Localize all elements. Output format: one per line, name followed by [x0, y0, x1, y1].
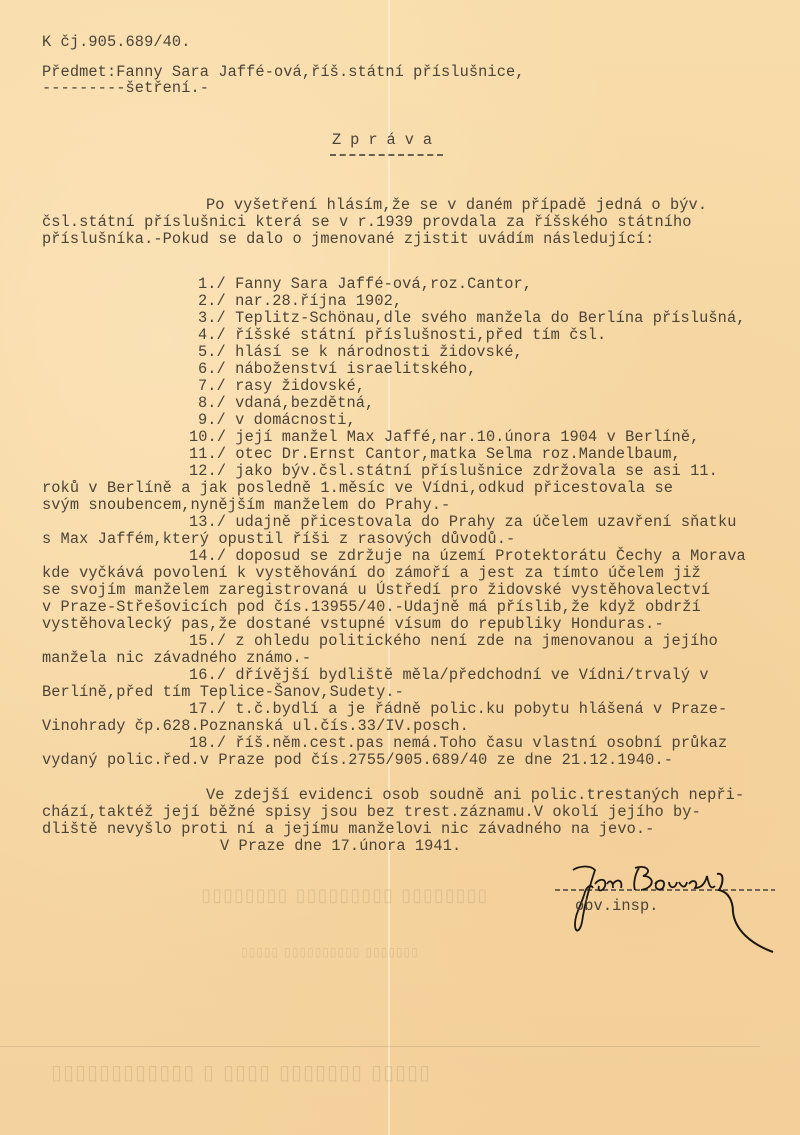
list-item: 10./ její manžel Max Jaffé,nar.10.února … [189, 429, 699, 446]
subject-line-2: ---------šetření.- [42, 80, 209, 97]
item-number: 6./ [198, 360, 226, 378]
item-number: 2./ [198, 292, 226, 310]
list-item: 17./ t.č.bydlí a je řádně polic.ku pobyt… [189, 701, 727, 718]
item-continuation: vydaný polic.řed.v Praze pod čís.2755/90… [42, 752, 673, 769]
list-item: 1./ Fanny Sara Jaffé-ová,roz.Cantor, [198, 276, 532, 293]
item-number: 3./ [198, 309, 226, 327]
item-text: říš.něm.cest.pas nemá.Toho času vlastní … [235, 734, 727, 752]
item-text: říšské státní příslušnosti,před tím čsl. [235, 326, 606, 344]
report-title: Zpráva [332, 132, 441, 149]
item-text: rasy židovské, [235, 377, 365, 395]
item-continuation: svým snoubencem,nynějším manželem do Pra… [42, 497, 450, 514]
item-number: 9./ [198, 411, 226, 429]
list-item: 12./ jako býv.čsl.státní příslušnice zdr… [189, 463, 718, 480]
list-item: 8./ vdaná,bezdětná, [198, 395, 374, 412]
item-continuation: s Max Jaffém,který opustil říši z rasový… [42, 531, 515, 548]
item-number: 18./ [189, 734, 226, 752]
list-item: 18./ říš.něm.cest.pas nemá.Toho času vla… [189, 735, 727, 752]
item-continuation: v Praze-Střešovicích pod čís.13955/40.-U… [42, 599, 701, 616]
list-item: 5./ hlásí se k národnosti židovské, [198, 344, 523, 361]
list-item: 2./ nar.28.října 1902, [198, 293, 402, 310]
item-number: 11./ [189, 445, 226, 463]
item-text: Teplitz-Schönau,dle svého manžela do Ber… [235, 309, 745, 327]
item-number: 14./ [189, 547, 226, 565]
list-item: 7./ rasy židovské, [198, 378, 365, 395]
item-continuation: Berlíně,před tím Teplice-Šanov,Sudety.- [42, 684, 404, 701]
item-continuation: Vinohrady čp.628.Poznanská ul.čís.33/IV.… [42, 718, 469, 735]
item-number: 5./ [198, 343, 226, 361]
item-number: 1./ [198, 275, 226, 293]
item-number: 8./ [198, 394, 226, 412]
item-continuation: manžela nic závadného známo.- [42, 650, 311, 667]
list-item: 4./ říšské státní příslušnosti,před tím … [198, 327, 606, 344]
bleed-through-text: ▯▯▯▯▯ ▯▯▯▯▯▯▯ ▯▯▯▯ ▯ ▯▯▯▯▯▯▯▯▯▯▯▯ [50, 1060, 430, 1084]
item-text: otec Dr.Ernst Cantor,matka Selma roz.Man… [235, 445, 680, 463]
list-item: 14./ doposud se zdržuje na území Protekt… [189, 548, 746, 565]
list-item: 6./ náboženství israelitského, [198, 361, 476, 378]
item-continuation: vystěhovalecký pas,že dostané vstupné ví… [42, 616, 664, 633]
signatory-title: obv.insp. [575, 898, 659, 915]
item-text: Fanny Sara Jaffé-ová,roz.Cantor, [235, 275, 532, 293]
intro-line: příslušníka.-Pokud se dalo o jmenované z… [42, 231, 654, 248]
item-text: nar.28.října 1902, [235, 292, 402, 310]
list-item: 13./ udajně přicestovala do Prahy za úče… [189, 514, 737, 531]
list-item: 16./ dřívější bydliště měla/předchodní v… [189, 667, 709, 684]
item-text: dřívější bydliště měla/předchodní ve Víd… [235, 666, 708, 684]
bleed-through-text: ▯▯▯▯▯▯▯▯ ▯▯▯▯▯▯▯▯▯ ▯▯▯▯▯▯▯▯ [200, 885, 487, 906]
item-number: 4./ [198, 326, 226, 344]
item-text: udajně přicestovala do Prahy za účelem u… [235, 513, 736, 531]
item-text: vdaná,bezdětná, [235, 394, 374, 412]
paper-fold-horizontal [0, 1046, 760, 1047]
item-number: 7./ [198, 377, 226, 395]
list-item: 3./ Teplitz-Schönau,dle svého manžela do… [198, 310, 746, 327]
reference-number: K čj.905.689/40. [42, 34, 190, 51]
item-continuation: se svojím manželem zaregistrovaná u Ústř… [42, 582, 710, 599]
intro-line: čsl.státní příslušnici která se v r.1939… [42, 214, 692, 231]
item-number: 13./ [189, 513, 226, 531]
list-item: 11./ otec Dr.Ernst Cantor,matka Selma ro… [189, 446, 681, 463]
item-text: v domácnosti, [235, 411, 356, 429]
bleed-through-text: ▯▯▯▯▯▯▯ ▯▯▯▯▯▯▯▯▯▯ ▯▯▯▯▯ [240, 945, 418, 959]
item-number: 10./ [189, 428, 226, 446]
closing-line: chází,taktéž její běžné spisy jsou bez t… [42, 804, 701, 821]
list-item: 15./ z ohledu politického není zde na jm… [189, 633, 718, 650]
item-text: t.č.bydlí a je řádně polic.ku pobytu hlá… [235, 700, 727, 718]
item-number: 15./ [189, 632, 226, 650]
list-item: 9./ v domácnosti, [198, 412, 356, 429]
item-text: jako býv.čsl.státní příslušnice zdržoval… [235, 462, 718, 480]
item-number: 16./ [189, 666, 226, 684]
item-text: z ohledu politického není zde na jmenova… [235, 632, 718, 650]
item-text: náboženství israelitského, [235, 360, 476, 378]
item-continuation: roků v Berlíně a jak posledně 1.měsíc ve… [42, 480, 673, 497]
document-page: ▯▯▯▯▯▯▯▯ ▯▯▯▯▯▯▯▯▯ ▯▯▯▯▯▯▯▯ ▯▯▯▯▯▯▯ ▯▯▯▯… [0, 0, 800, 1135]
item-continuation: kde vyčkává povolení k vystěhování do zá… [42, 565, 701, 582]
item-number: 12./ [189, 462, 226, 480]
intro-line: Po vyšetření hlásím,že se v daném případ… [206, 197, 707, 214]
item-number: 17./ [189, 700, 226, 718]
closing-line: dliště nevyšlo proti ní a jejímu manželo… [42, 821, 654, 838]
title-underline [330, 154, 443, 156]
item-text: její manžel Max Jaffé,nar.10.února 1904 … [235, 428, 699, 446]
signature-block: obv.insp. [555, 862, 785, 962]
place-date: V Praze dne 17.února 1941. [220, 838, 461, 855]
item-text: hlásí se k národnosti židovské, [235, 343, 523, 361]
closing-line: Ve zdejší evidenci osob soudně ani polic… [206, 787, 744, 804]
item-text: doposud se zdržuje na území Protektorátu… [235, 547, 745, 565]
